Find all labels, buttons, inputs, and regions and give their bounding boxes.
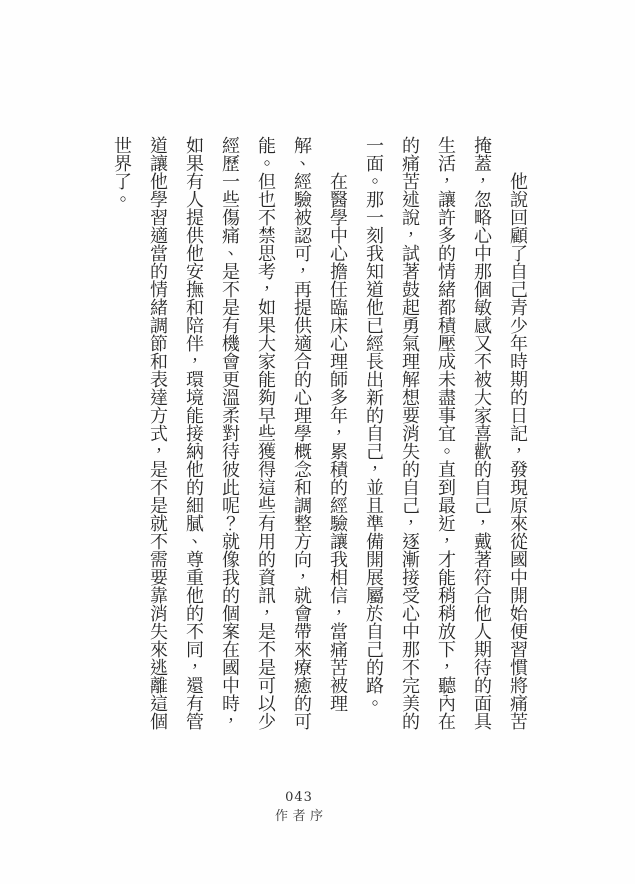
- body-text: 他說回顧了自己青少年時期的日記，發現原來從國中開始便習慣將痛苦掩蓋，忽略心中那個…: [103, 136, 535, 730]
- page-number: 043: [0, 790, 598, 806]
- book-page: 他說回顧了自己青少年時期的日記，發現原來從國中開始便習慣將痛苦掩蓋，忽略心中那個…: [0, 0, 635, 884]
- section-title: 作者序: [0, 809, 598, 825]
- paragraph-2: 在醫學中心擔任臨床心理師多年，累積的經驗讓我相信，當痛苦被理解、經驗被認可，再提…: [103, 136, 355, 730]
- page-footer: 043 作者序: [0, 790, 598, 825]
- paragraph-1: 他說回顧了自己青少年時期的日記，發現原來從國中開始便習慣將痛苦掩蓋，忽略心中那個…: [355, 136, 535, 730]
